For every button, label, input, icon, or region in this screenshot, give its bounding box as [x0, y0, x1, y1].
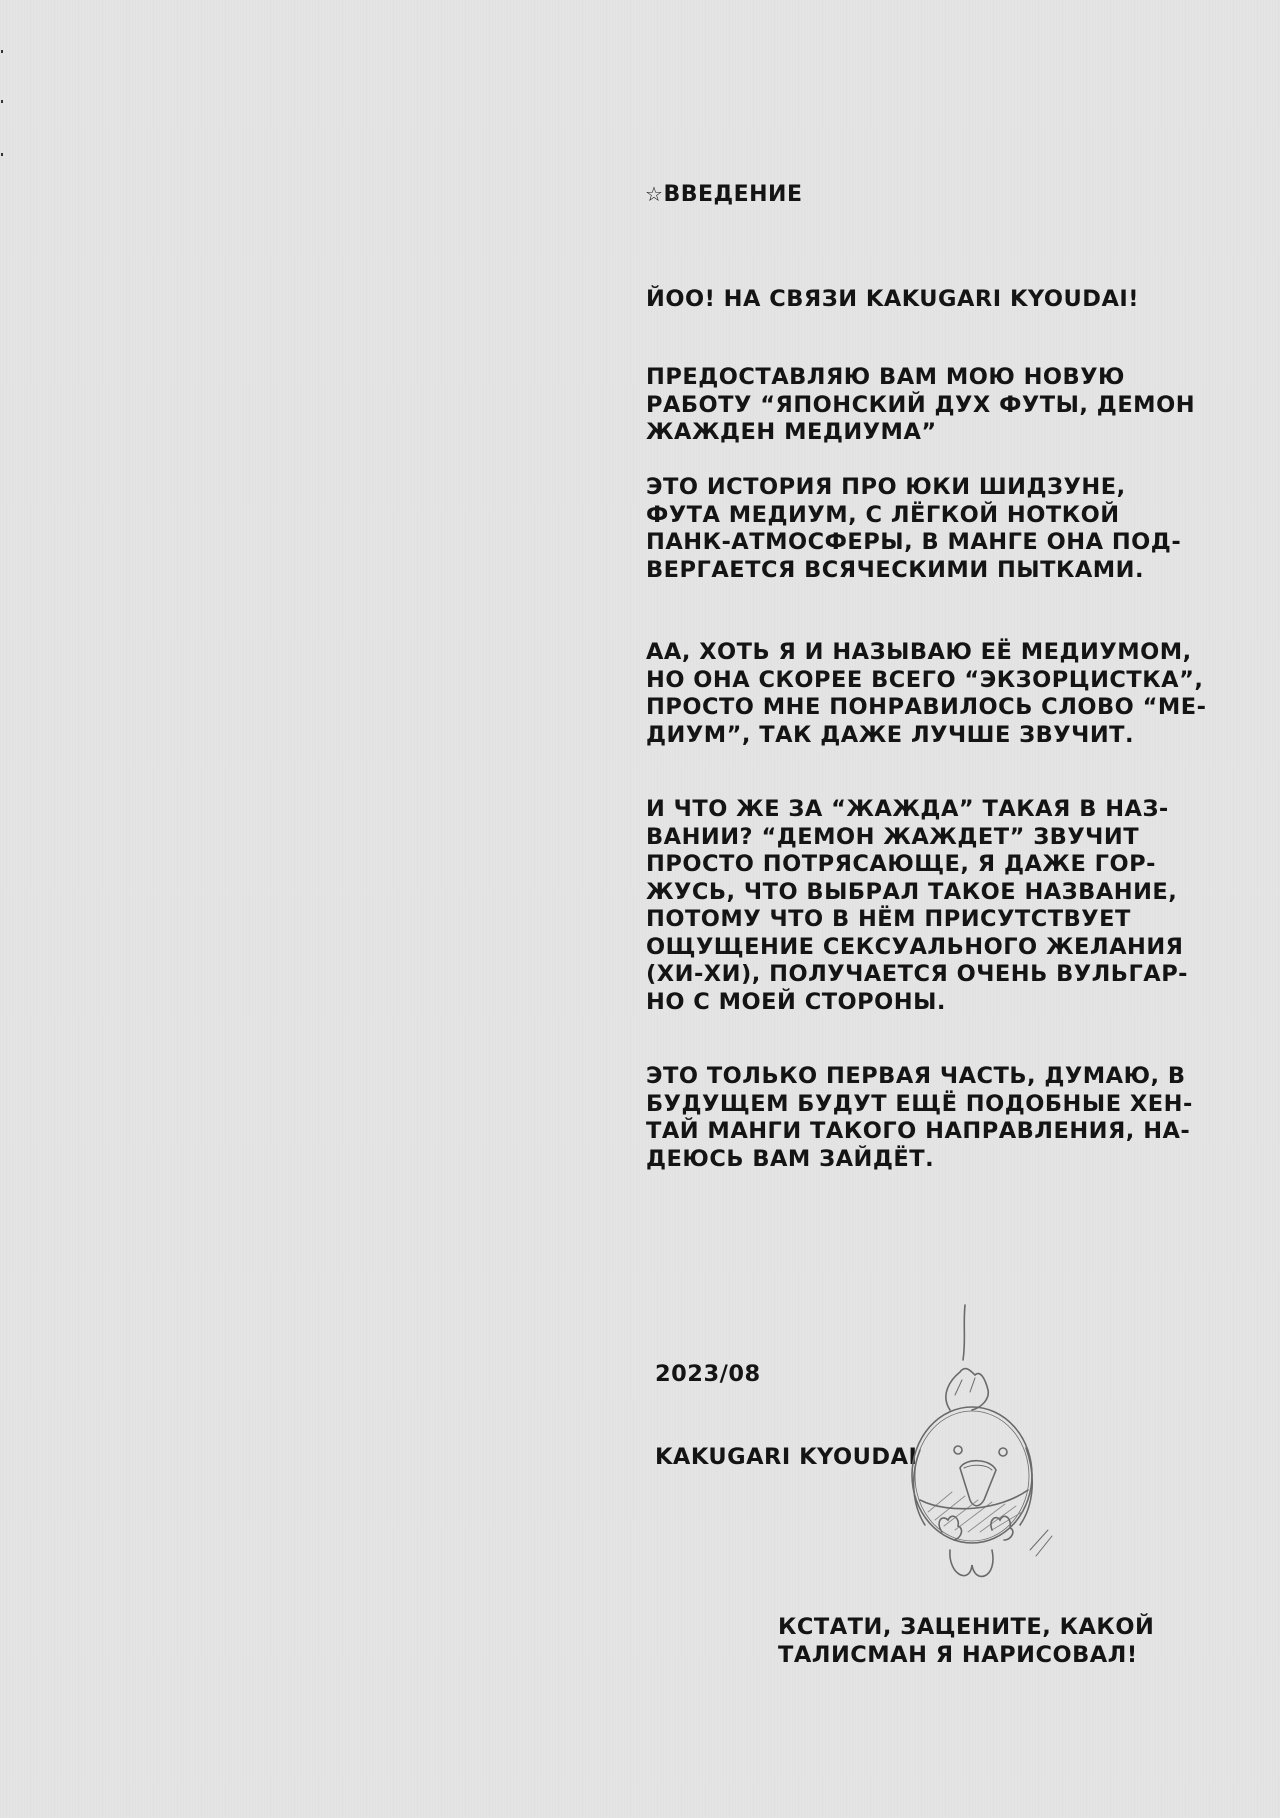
heading-title: ВВЕДЕНИЕ	[663, 182, 802, 207]
signature-date: 2023/08	[655, 1361, 917, 1389]
scan-edge-mark	[1, 100, 3, 103]
paragraph-story: ЭТО ИСТОРИЯ ПРО ЮКИ ШИДЗУНЕ, ФУТА МЕДИУМ…	[646, 474, 1181, 584]
section-heading: ☆ВВЕДЕНИЕ	[645, 182, 802, 207]
paragraph-greeting: ЙОО! НА СВЯЗИ KAKUGARI KYOUDAI!	[646, 286, 1139, 314]
paragraph-title-meaning: И ЧТО ЖЕ ЗА “ЖАЖДА” ТАКАЯ В НАЗ- ВАНИИ? …	[646, 796, 1188, 1016]
scan-edge-mark	[1, 50, 3, 53]
paragraph-new-work: ПРЕДОСТАВЛЯЮ ВАМ МОЮ НОВУЮ РАБОТУ “ЯПОНС…	[646, 364, 1195, 447]
paragraph-future: ЭТО ТОЛЬКО ПЕРВАЯ ЧАСТЬ, ДУМАЮ, В БУДУЩЕ…	[646, 1063, 1193, 1173]
scan-edge-mark	[1, 153, 3, 156]
manga-page: ☆ВВЕДЕНИЕ ЙОО! НА СВЯЗИ KAKUGARI KYOUDAI…	[0, 0, 1280, 1818]
mascot-bird-sketch-icon	[880, 1300, 1140, 1600]
postscript: КСТАТИ, ЗАЦЕНИТЕ, КАКОЙ ТАЛИСМАН Я НАРИС…	[778, 1614, 1154, 1669]
signature-author: KAKUGARI KYOUDAI	[655, 1444, 917, 1472]
paragraph-medium: АА, ХОТЬ Я И НАЗЫВАЮ ЕЁ МЕДИУМОМ, НО ОНА…	[646, 639, 1207, 749]
signature: 2023/08 KAKUGARI KYOUDAI	[655, 1306, 917, 1526]
star-icon: ☆	[645, 182, 663, 206]
